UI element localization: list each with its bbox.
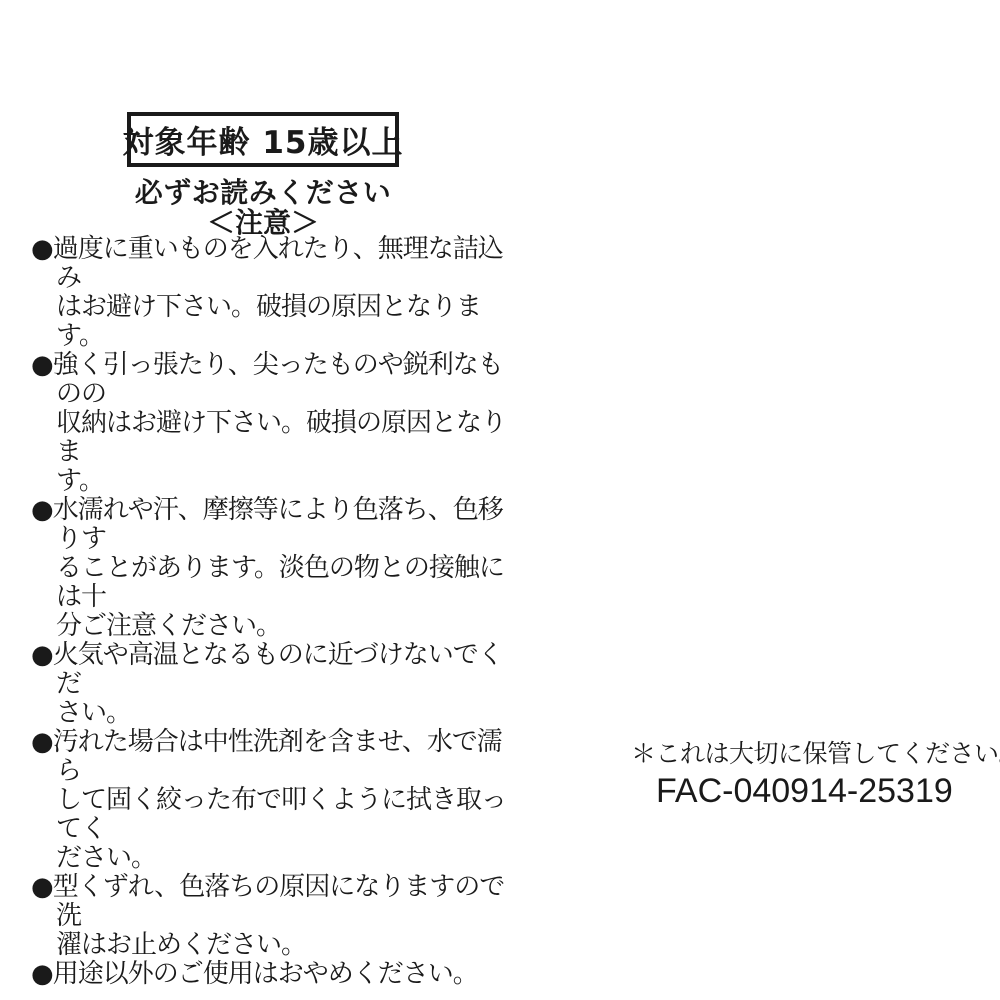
caution-item: ●汚れた場合は中性洗剤を含ませ、水で濡らして固く絞った布で叩くように拭き取ってく…	[31, 728, 523, 873]
bullet-icon: ●	[31, 872, 53, 902]
caution-item: ●用途以外のご使用はおやめください。	[31, 960, 523, 989]
age-restriction-box: 対象年齢 15歳以上	[127, 112, 399, 167]
care-label-page: 対象年齢 15歳以上 必ずお読みください ＜注意＞ ●過度に重いものを入れたり、…	[0, 0, 1000, 1000]
caution-item: ●型くずれ、色落ちの原因になりますので洗濯はお止めください。	[31, 873, 523, 960]
caution-list: ●過度に重いものを入れたり、無理な詰込みはお避け下さい。破損の原因となります。●…	[31, 235, 523, 989]
age-restriction-text: 対象年齢 15歳以上	[123, 117, 404, 162]
caution-item: ●過度に重いものを入れたり、無理な詰込みはお避け下さい。破損の原因となります。	[31, 235, 523, 351]
caution-item-text: 型くずれ、色落ちの原因になりますので洗濯はお止めください。	[53, 872, 505, 960]
bullet-icon: ●	[31, 727, 53, 757]
bullet-icon: ●	[31, 350, 53, 380]
caution-item-text: 用途以外のご使用はおやめください。	[53, 959, 478, 989]
caution-item: ●火気や高温となるものに近づけないでください。	[31, 641, 523, 728]
product-code: FAC-040914-25319	[656, 772, 953, 811]
bullet-icon: ●	[31, 234, 53, 264]
caution-item-text: 水濡れや汗、摩擦等により色落ち、色移りすることがあります。淡色の物との接触には十…	[53, 495, 504, 641]
keep-note: ＊これは大切に保管してください。	[631, 734, 1000, 770]
caution-item-text: 汚れた場合は中性洗剤を含ませ、水で濡らして固く絞った布で叩くように拭き取ってくだ…	[53, 727, 506, 873]
caution-item-text: 過度に重いものを入れたり、無理な詰込みはお避け下さい。破損の原因となります。	[53, 234, 503, 351]
caution-item-text: 強く引っ張たり、尖ったものや鋭利なものの収納はお避け下さい。破損の原因となります…	[53, 350, 506, 496]
bullet-icon: ●	[31, 959, 53, 989]
bullet-icon: ●	[31, 640, 53, 670]
caution-item-text: 火気や高温となるものに近づけないでください。	[53, 640, 503, 728]
bullet-icon: ●	[31, 495, 53, 525]
caution-item: ●水濡れや汗、摩擦等により色落ち、色移りすることがあります。淡色の物との接触には…	[31, 496, 523, 641]
caution-item: ●強く引っ張たり、尖ったものや鋭利なものの収納はお避け下さい。破損の原因となりま…	[31, 351, 523, 496]
